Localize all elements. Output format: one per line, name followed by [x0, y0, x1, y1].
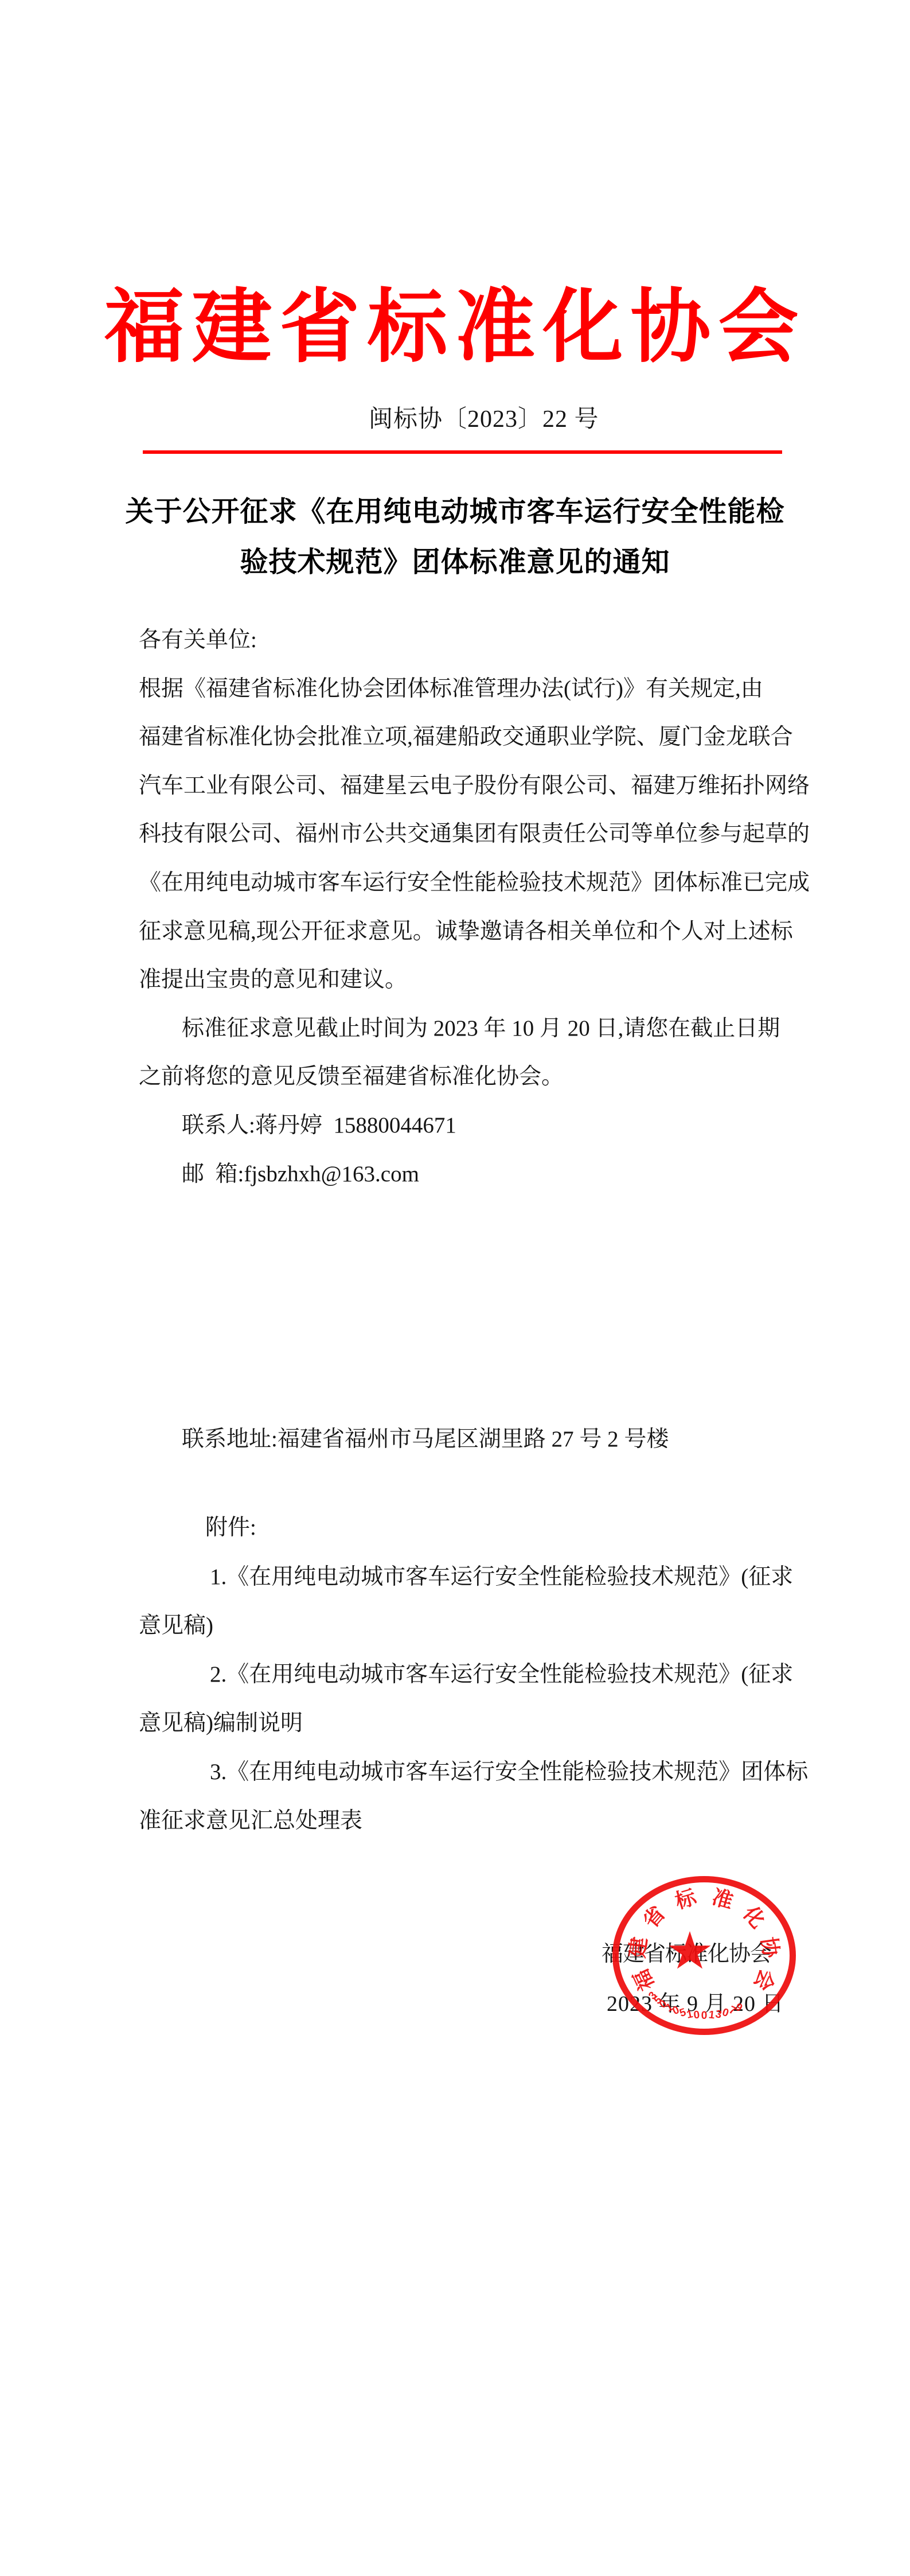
text-line: 标准征求意见截止时间为 2023 年 10 月 20 日,请您在截止日期 — [182, 1015, 780, 1042]
seal-arc-char: 建 — [621, 1935, 653, 1959]
seal-serial-digit: 0 — [701, 2010, 708, 2022]
text-line: 科技有限公司、福州市公共交通集团有限责任公司等单位参与起草的 — [139, 821, 810, 847]
text-line: 邮 箱:fjsbzhxh@163.com — [182, 1161, 419, 1188]
text-line: 意见稿) — [139, 1613, 213, 1639]
official-red-seal: 福建省标准化协会35010510013079 — [612, 1876, 796, 2035]
official-notice-page: 福建省标准化协会 闽标协〔2023〕22 号 关于公开征求《在用纯电动城市客车运… — [0, 0, 910, 2576]
text-line: 准征求意见汇总处理表 — [139, 1808, 362, 1834]
text-line: 汽车工业有限公司、福建星云电子股份有限公司、福建万维拓扑网络 — [139, 773, 810, 799]
document-reference-number: 闽标协〔2023〕22 号 — [369, 406, 599, 433]
text-line: 征求意见稿,现公开征求意见。诚挚邀请各相关单位和个人对上述标 — [139, 919, 793, 945]
text-line: 之前将您的意见反馈至福建省标准化协会。 — [139, 1064, 564, 1090]
text-line: 1.《在用纯电动城市客车运行安全性能检验技术规范》(征求 — [210, 1564, 793, 1590]
text-line: 福建省标准化协会批准立项,福建船政交通职业学院、厦门金龙联合 — [139, 724, 793, 750]
text-line: 准提出宝贵的意见和建议。 — [139, 967, 407, 993]
text-line: 附件: — [205, 1515, 256, 1541]
text-line: 3.《在用纯电动城市客车运行安全性能检验技术规范》团体标 — [210, 1759, 808, 1785]
text-line: 意见稿)编制说明 — [139, 1710, 303, 1737]
text-line: 《在用纯电动城市客车运行安全性能检验技术规范》团体标准已完成 — [139, 870, 810, 896]
organization-banner-title: 福建省标准化协会 — [0, 285, 910, 368]
text-line: 2.《在用纯电动城市客车运行安全性能检验技术规范》(征求 — [210, 1661, 793, 1688]
seal-arc-char: 协 — [755, 1935, 787, 1959]
text-line: 联系地址:福建省福州市马尾区湖里路 27 号 2 号楼 — [182, 1426, 669, 1453]
text-line: 联系人:蒋丹婷 15880044671 — [182, 1112, 456, 1139]
text-line: 根据《福建省标准化协会团体标准管理办法(试行)》有关规定,由 — [139, 676, 763, 702]
text-line: 各有关单位: — [139, 627, 257, 653]
red-divider-rule — [143, 450, 782, 454]
notice-title-line1: 关于公开征求《在用纯电动城市客车运行安全性能检 — [0, 497, 910, 527]
notice-title-line2: 验技术规范》团体标准意见的通知 — [0, 547, 910, 577]
